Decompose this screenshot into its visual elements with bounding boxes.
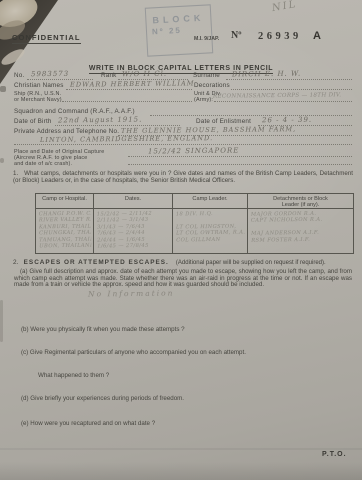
series-letter: A [313,30,321,42]
question-c2: What happened to them ? [38,373,109,380]
serial-no-symbol: Nº [231,30,242,41]
question-c: (c) Give Regimental particulars of anyon… [21,350,246,357]
edge-smudge [0,158,4,163]
confidential-marking: CONFIDENTIAL [12,33,81,44]
field-label-squadron: Squadron and Command (R.A.F., A.A.F.) [14,108,135,115]
field-line-capture-1 [128,156,352,157]
table-column-dates: Dates. 15/2/42 — 2/11/42 2/11/42 — 3/1/4… [94,194,173,253]
section2-number: 2. [13,259,18,266]
question-e: (e) How were you recaptured and on what … [21,421,155,428]
paper-crease [0,448,362,450]
table-column-camp: Camp or Hospital. CHANGI P.O.W. CAMP, S'… [36,194,94,253]
field-line-unit [214,101,352,102]
field-value-private-address-2: LINTON, CAMBRIDGESHIRE, ENGLAND. [40,134,213,144]
section2-heading-row: 2. ESCAPES OR ATTEMPTED ESCAPES. (Additi… [13,259,353,266]
field-value-no: 5983573 [31,70,69,78]
table-header-camp: Camp or Hospital. [36,194,93,209]
field-value-date-of-enlistment: 26 - 4 - 39. [262,116,312,125]
edge-smudge [0,300,3,342]
camp-entry: UBON, THAILAND [39,243,91,250]
field-label-surname: Surname [193,72,220,79]
field-label-capture-line3: and date of a/c crash). [14,161,72,167]
field-line-squadron [150,115,352,116]
field-label-rank: Rank [101,72,117,79]
block-number-stamp: BLOCK Nº 25 [145,4,213,56]
field-label-date-of-birth: Date of Birth [14,118,52,125]
question-d: (d) Give briefly your experiences during… [21,396,184,403]
table-column-block-leader: Detachments or Block Leader (if any). MA… [248,194,353,253]
field-label-ship-line2: or Merchant Navy) [14,97,62,103]
stamp-word-block: BLOCK [146,12,210,25]
field-value-date-of-birth: 22nd August 1915. [58,116,142,125]
table-column-camp-leader: Camp Leader. 18 DIV. H.Q. LT COL HINGSTO… [173,194,248,253]
section1-text: What camps, detachments or hospitals wer… [13,170,353,184]
table-header-block-leader: Detachments or Block Leader (if any). [248,194,353,209]
pencil-note-nil: NIL [271,0,298,14]
pto-marking: P.T.O. [322,451,347,458]
field-label-decorations: Decorations [194,82,230,89]
edge-smudge [0,86,6,92]
section1-question: 1. What camps, detachments or hospitals … [13,171,353,184]
question-a: (a) Give full description and approx. da… [14,269,352,289]
pow-questionnaire-sheet: CONFIDENTIAL BLOCK Nº 25 M.I. 9/JAP. Nº … [0,0,362,480]
field-label-no: No. [14,72,24,79]
block-entry: RSM FOSTER A.I.F. [251,236,351,244]
form-reference: M.I. 9/JAP. [194,36,219,42]
field-value-surname: BIRCH E. H. W. [232,70,301,79]
leader-entry: COL GILLMAN [176,236,245,243]
answer-a: No Information [88,289,175,299]
bottom-shadow [0,462,362,480]
dates-entry: 1/6/45 — 27/8/45 [97,242,170,249]
table-cell-camp: CHANGI P.O.W. CAMP, S'PORE I. RIVER VALL… [36,209,94,250]
question-b: (b) Were you physically fit when you mad… [21,327,185,334]
field-value-christian-names: EDWARD HERBERT WILLIAM [70,79,195,88]
field-value-capture: 15/2/42 SINGAPORE [148,147,239,156]
field-label-unit-line2: (Army): [194,97,213,103]
camps-table: Camp or Hospital. CHANGI P.O.W. CAMP, S'… [35,193,354,254]
field-line-surname [226,79,352,80]
table-cell-dates: 15/2/42 — 2/11/42 2/11/42 — 3/1/43 3/1/4… [94,208,173,249]
section2-heading-note: (Additional paper will be supplied on re… [176,260,326,266]
field-label-private-address: Private Address and Telephone No. [14,128,119,135]
field-value-rank: W/O II Cl. [122,70,167,78]
field-label-christian-names: Christian Names [14,82,64,89]
table-cell-block-leader: MAJOR GORDON R.A. CAPT NICHOLSON R.A. MA… [248,208,353,243]
field-line-private-address-2 [14,144,352,145]
section2-heading: ESCAPES OR ATTEMPTED ESCAPES. [24,259,169,266]
field-label-date-of-enlistment: Date of Enlistment [196,118,251,125]
stamp-block-number: Nº 25 [147,24,211,36]
table-header-camp-leader: Camp Leader. [173,194,247,209]
field-line-capture-2 [128,164,352,165]
table-cell-camp-leader: 18 DIV. H.Q. LT COL HINGSTON, LT COL OWT… [173,208,247,243]
field-line-decorations [231,89,352,90]
field-value-unit: RECONNAISSANCE CORPS — 18TH DIV. [213,92,341,99]
table-header-dates: Dates. [94,194,172,209]
field-line-ship [62,101,192,102]
field-line-christian-names [66,89,192,90]
serial-number: 26939 [258,31,302,42]
